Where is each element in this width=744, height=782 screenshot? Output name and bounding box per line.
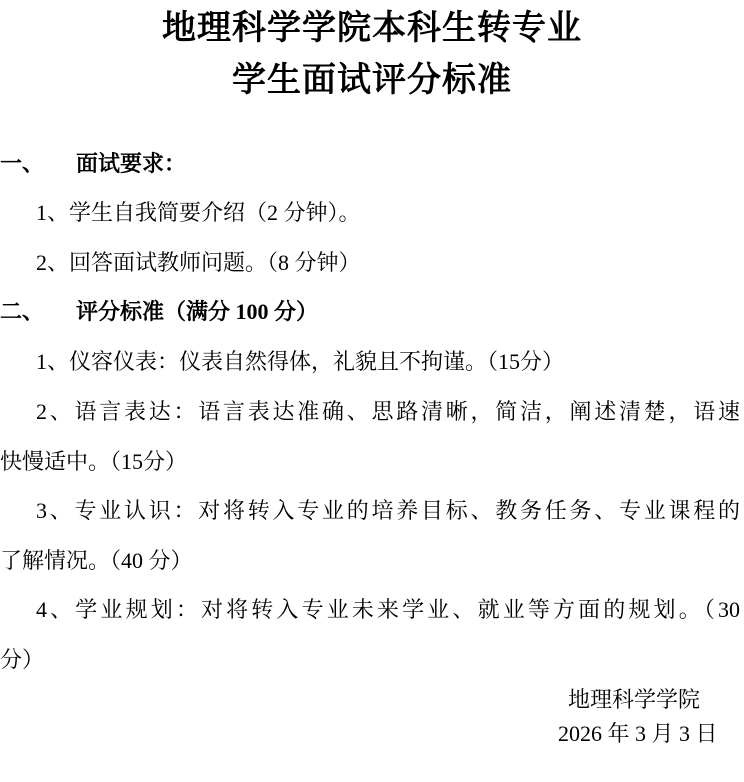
document-title-line1: 地理科学学院本科生转专业 <box>0 8 744 48</box>
signature-organization: 地理科学学院 <box>568 686 700 714</box>
requirement-item-1: 1、学生自我简要介绍（2 分钟）。 <box>36 199 361 227</box>
document-title-line2: 学生面试评分标准 <box>0 60 744 100</box>
section-heading-interview-requirements: 一、面试要求： <box>0 150 186 178</box>
section-title: 评分标准（满分 100 分） <box>76 299 318 324</box>
criteria-item-3-line2: 了解情况。（40 分） <box>0 547 193 575</box>
criteria-item-4-line1: 4、学业规划：对将转入专业未来学业、就业等方面的规划。（30 <box>36 596 740 624</box>
section-number: 二、 <box>0 298 76 326</box>
criteria-item-2-line2: 快慢适中。（15分） <box>0 448 187 476</box>
criteria-item-4-line2: 分） <box>0 646 44 674</box>
requirement-item-2: 2、回答面试教师问题。（8 分钟） <box>36 249 361 277</box>
signature-date: 2026 年 3 月 3 日 <box>558 720 718 748</box>
section-heading-scoring-criteria: 二、评分标准（满分 100 分） <box>0 298 318 326</box>
section-number: 一、 <box>0 150 76 178</box>
criteria-item-1: 1、仪容仪表：仪表自然得体，礼貌且不拘谨。（15分） <box>36 348 564 376</box>
criteria-item-3-line1: 3、专业认识：对将转入专业的培养目标、教务任务、专业课程的 <box>36 497 740 525</box>
criteria-item-2-line1: 2、语言表达：语言表达准确、思路清晰，简洁，阐述清楚，语速 <box>36 398 740 426</box>
section-title: 面试要求： <box>76 151 186 176</box>
